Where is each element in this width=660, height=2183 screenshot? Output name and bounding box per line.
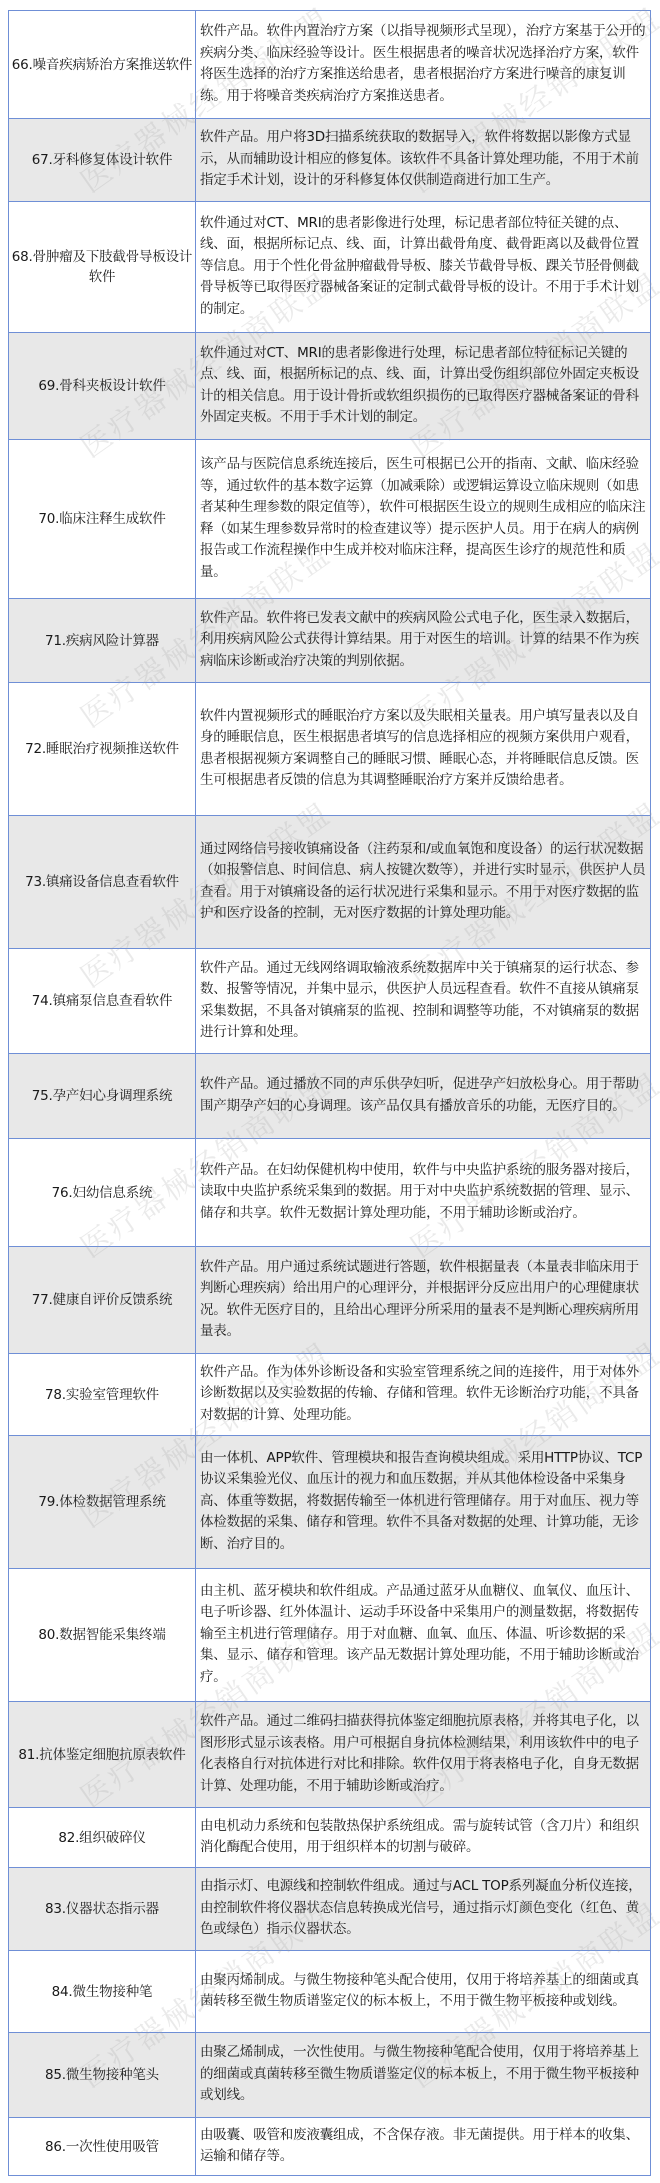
product-description-cell: 软件产品。通过二维码扫描获得抗体鉴定细胞抗原表格，并将其电子化，以图形形式显示该… (196, 1702, 650, 1807)
product-name-cell: 68.骨肿瘤及下肢截骨导板设计软件 (9, 202, 196, 332)
table-row: 69.骨科夹板设计软件软件通过对CT、MRI的患者影像进行处理，标记患者部位特征… (9, 332, 650, 439)
product-description-cell: 由聚乙烯制成，一次性使用。与微生物接种笔配合使用，仅用于将培养基上的细菌或真菌转… (196, 2033, 650, 2117)
product-name-cell: 72.睡眠治疗视频推送软件 (9, 683, 196, 815)
product-description-cell: 由电机动力系统和包装散热保护系统组成。需与旋转试管（含刀片）和组织消化酶配合使用… (196, 1808, 650, 1867)
product-description-text: 由吸囊、吸管和废液囊组成，不含保存液。非无菌提供。用于样本的收集、运输和储存等。 (200, 2125, 647, 2168)
product-description-text: 由聚乙烯制成，一次性使用。与微生物接种笔配合使用，仅用于将培养基上的细菌或真菌转… (200, 2042, 647, 2107)
product-description-text: 由聚丙烯制成。与微生物接种笔头配合使用，仅用于将培养基上的细菌或真菌转移至微生物… (200, 1970, 647, 2013)
table-row: 81.抗体鉴定细胞抗原表软件软件产品。通过二维码扫描获得抗体鉴定细胞抗原表格，并… (9, 1701, 650, 1807)
product-description-text: 由电机动力系统和包装散热保护系统组成。需与旋转试管（含刀片）和组织消化酶配合使用… (200, 1816, 647, 1859)
table-row: 67.牙科修复体设计软件软件产品。用户将3D扫描系统获取的数据导入，软件将数据以… (9, 118, 650, 201)
product-description-cell: 软件产品。用户将3D扫描系统获取的数据导入，软件将数据以影像方式显示，从而辅助设… (196, 119, 650, 201)
product-description-cell: 由聚丙烯制成。与微生物接种笔头配合使用，仅用于将培养基上的细菌或真菌转移至微生物… (196, 1951, 650, 2032)
product-description-cell: 软件产品。软件内置治疗方案（以指导视频形式呈现），治疗方案基于公开的疾病分类、临… (196, 11, 650, 118)
product-description-cell: 由指示灯、电源线和控制软件组成。通过与ACL TOP系列凝血分析仪连接，由控制软… (196, 1868, 650, 1950)
table-row: 77.健康自评价反馈系统软件产品。用户通过系统试题进行答题，软件根据量表（本量表… (9, 1246, 650, 1353)
product-name-cell: 70.临床注释生成软件 (9, 440, 196, 598)
product-description-text: 软件产品。软件将已发表文献中的疾病风险公式电子化，医生录入数据后，利用疾病风险公… (200, 608, 647, 673)
table-row: 76.妇幼信息系统软件产品。在妇幼保健机构中使用，软件与中央监护系统的服务器对接… (9, 1138, 650, 1246)
product-description-cell: 软件产品。在妇幼保健机构中使用，软件与中央监护系统的服务器对接后，读取中央监护系… (196, 1139, 650, 1246)
product-description-text: 软件产品。用户通过系统试题进行答题，软件根据量表（本量表非临床用于判断心理疾病）… (200, 1257, 647, 1343)
product-description-text: 通过网络信号接收镇痛设备（注药泵和/或血氧饱和度设备）的运行状况数据（如报警信息… (200, 839, 647, 925)
product-name-cell: 73.镇痛设备信息查看软件 (9, 816, 196, 948)
table-row: 84.微生物接种笔由聚丙烯制成。与微生物接种笔头配合使用，仅用于将培养基上的细菌… (9, 1950, 650, 2032)
table-row: 74.镇痛泵信息查看软件软件产品。通过无线网络调取输液系统数据库中关于镇痛泵的运… (9, 948, 650, 1053)
product-name-cell: 67.牙科修复体设计软件 (9, 119, 196, 201)
product-name-cell: 77.健康自评价反馈系统 (9, 1247, 196, 1353)
product-description-cell: 由主机、蓝牙模块和软件组成。产品通过蓝牙从血糖仪、血氧仪、血压计、电子听诊器、红… (196, 1569, 650, 1701)
table-row: 79.体检数据管理系统由一体机、APP软件、管理模块和报告查询模块组成。采用HT… (9, 1435, 650, 1568)
table-row: 66.噪音疾病矫治方案推送软件软件产品。软件内置治疗方案（以指导视频形式呈现），… (9, 11, 650, 118)
product-name-cell: 81.抗体鉴定细胞抗原表软件 (9, 1702, 196, 1807)
product-description-cell: 软件产品。作为体外诊断设备和实验室管理系统之间的连接件，用于对体外诊断数据以及实… (196, 1354, 650, 1435)
product-name-cell: 66.噪音疾病矫治方案推送软件 (9, 11, 196, 118)
table-row: 82.组织破碎仪由电机动力系统和包装散热保护系统组成。需与旋转试管（含刀片）和组… (9, 1807, 650, 1867)
product-name-cell: 82.组织破碎仪 (9, 1808, 196, 1867)
product-description-cell: 软件通过对CT、MRI的患者影像进行处理，标记患者部位特征标记关键的点、线、面，… (196, 333, 650, 439)
table-row: 86.一次性使用吸管由吸囊、吸管和废液囊组成，不含保存液。非无菌提供。用于样本的… (9, 2117, 650, 2175)
product-description-cell: 软件产品。通过播放不同的声乐供孕妇听，促进孕产妇放松身心。用于帮助围产期孕产妇的… (196, 1054, 650, 1138)
product-description-cell: 由吸囊、吸管和废液囊组成，不含保存液。非无菌提供。用于样本的收集、运输和储存等。 (196, 2118, 650, 2175)
product-name-cell: 78.实验室管理软件 (9, 1354, 196, 1435)
product-description-text: 软件产品。通过无线网络调取输液系统数据库中关于镇痛泵的运行状态、参数、报警等情况… (200, 958, 647, 1044)
product-description-text: 由指示灯、电源线和控制软件组成。通过与ACL TOP系列凝血分析仪连接，由控制软… (200, 1876, 647, 1941)
product-description-text: 由一体机、APP软件、管理模块和报告查询模块组成。采用HTTP协议、TCP协议采… (200, 1448, 647, 1556)
product-name-cell: 80.数据智能采集终端 (9, 1569, 196, 1701)
product-name-cell: 79.体检数据管理系统 (9, 1436, 196, 1568)
table-row: 72.睡眠治疗视频推送软件软件内置视频形式的睡眠治疗方案以及失眠相关量表。用户填… (9, 682, 650, 815)
table-row: 73.镇痛设备信息查看软件通过网络信号接收镇痛设备（注药泵和/或血氧饱和度设备）… (9, 815, 650, 948)
product-name-cell: 76.妇幼信息系统 (9, 1139, 196, 1246)
product-description-text: 由主机、蓝牙模块和软件组成。产品通过蓝牙从血糖仪、血氧仪、血压计、电子听诊器、红… (200, 1581, 647, 1689)
table-row: 78.实验室管理软件软件产品。作为体外诊断设备和实验室管理系统之间的连接件，用于… (9, 1353, 650, 1435)
product-description-text: 软件产品。在妇幼保健机构中使用，软件与中央监护系统的服务器对接后，读取中央监护系… (200, 1160, 647, 1225)
product-description-cell: 通过网络信号接收镇痛设备（注药泵和/或血氧饱和度设备）的运行状况数据（如报警信息… (196, 816, 650, 948)
product-description-text: 软件产品。用户将3D扫描系统获取的数据导入，软件将数据以影像方式显示，从而辅助设… (200, 127, 647, 192)
product-description-cell: 软件产品。软件将已发表文献中的疾病风险公式电子化，医生录入数据后，利用疾病风险公… (196, 599, 650, 682)
table-row: 70.临床注释生成软件该产品与医院信息系统连接后，医生可根据已公开的指南、文献、… (9, 439, 650, 598)
product-description-text: 软件通过对CT、MRI的患者影像进行处理，标记患者部位特征标记关键的点、线、面，… (200, 343, 647, 429)
table-row: 75.孕产妇心身调理系统软件产品。通过播放不同的声乐供孕妇听，促进孕产妇放松身心… (9, 1053, 650, 1138)
product-name-cell: 85.微生物接种笔头 (9, 2033, 196, 2117)
product-description-text: 软件内置视频形式的睡眠治疗方案以及失眠相关量表。用户填写量表以及自身的睡眠信息，… (200, 706, 647, 792)
product-name-cell: 86.一次性使用吸管 (9, 2118, 196, 2175)
product-description-text: 软件产品。软件内置治疗方案（以指导视频形式呈现），治疗方案基于公开的疾病分类、临… (200, 21, 647, 107)
product-name-cell: 71.疾病风险计算器 (9, 599, 196, 682)
table-row: 71.疾病风险计算器软件产品。软件将已发表文献中的疾病风险公式电子化，医生录入数… (9, 598, 650, 682)
product-description-cell: 由一体机、APP软件、管理模块和报告查询模块组成。采用HTTP协议、TCP协议采… (196, 1436, 650, 1568)
product-description-cell: 软件产品。用户通过系统试题进行答题，软件根据量表（本量表非临床用于判断心理疾病）… (196, 1247, 650, 1353)
table-row: 68.骨肿瘤及下肢截骨导板设计软件软件通过对CT、MRI的患者影像进行处理，标记… (9, 201, 650, 332)
product-description-text: 软件通过对CT、MRI的患者影像进行处理，标记患者部位特征关键的点、线、面，根据… (200, 213, 647, 321)
product-description-cell: 软件内置视频形式的睡眠治疗方案以及失眠相关量表。用户填写量表以及自身的睡眠信息，… (196, 683, 650, 815)
product-name-cell: 69.骨科夹板设计软件 (9, 333, 196, 439)
product-name-cell: 75.孕产妇心身调理系统 (9, 1054, 196, 1138)
product-description-text: 软件产品。通过二维码扫描获得抗体鉴定细胞抗原表格，并将其电子化，以图形形式显示该… (200, 1711, 647, 1797)
product-description-text: 软件产品。通过播放不同的声乐供孕妇听，促进孕产妇放松身心。用于帮助围产期孕产妇的… (200, 1074, 647, 1117)
product-name-cell: 84.微生物接种笔 (9, 1951, 196, 2032)
table-row: 83.仪器状态指示器由指示灯、电源线和控制软件组成。通过与ACL TOP系列凝血… (9, 1867, 650, 1950)
product-classification-table: 66.噪音疾病矫治方案推送软件软件产品。软件内置治疗方案（以指导视频形式呈现），… (8, 10, 651, 2176)
product-name-cell: 83.仪器状态指示器 (9, 1868, 196, 1950)
table-row: 80.数据智能采集终端由主机、蓝牙模块和软件组成。产品通过蓝牙从血糖仪、血氧仪、… (9, 1568, 650, 1701)
product-name-cell: 74.镇痛泵信息查看软件 (9, 949, 196, 1053)
product-description-text: 该产品与医院信息系统连接后，医生可根据已公开的指南、文献、临床经验等，通过软件的… (200, 454, 647, 583)
product-description-cell: 该产品与医院信息系统连接后，医生可根据已公开的指南、文献、临床经验等，通过软件的… (196, 440, 650, 598)
product-description-cell: 软件产品。通过无线网络调取输液系统数据库中关于镇痛泵的运行状态、参数、报警等情况… (196, 949, 650, 1053)
product-description-text: 软件产品。作为体外诊断设备和实验室管理系统之间的连接件，用于对体外诊断数据以及实… (200, 1362, 647, 1427)
table-row: 85.微生物接种笔头由聚乙烯制成，一次性使用。与微生物接种笔配合使用，仅用于将培… (9, 2032, 650, 2117)
product-description-cell: 软件通过对CT、MRI的患者影像进行处理，标记患者部位特征关键的点、线、面，根据… (196, 202, 650, 332)
